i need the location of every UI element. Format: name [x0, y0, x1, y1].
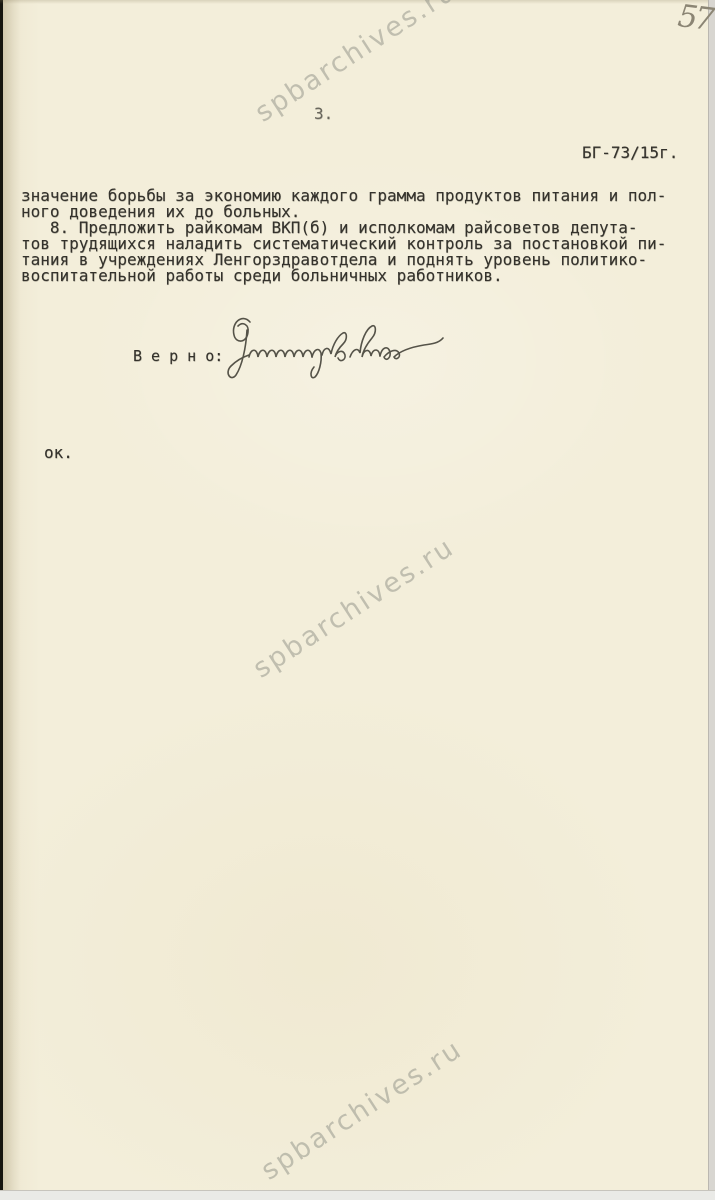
handwritten-sheet-number: 57 — [676, 0, 714, 38]
body-text: значение борьбы за экономию каждого грам… — [21, 188, 666, 284]
watermark-text: spbarchives.ru — [256, 1033, 469, 1186]
handwritten-signature — [210, 310, 450, 390]
scan-edge-top — [0, 0, 715, 4]
approval-note: ок. — [44, 443, 73, 462]
scan-edge-right — [708, 0, 715, 1200]
body-line: воспитательной работы среди больничных р… — [21, 268, 666, 284]
watermark-text: spbarchives.ru — [248, 531, 461, 684]
scanned-document-page: spbarchives.ru spbarchives.ru spbarchive… — [0, 0, 715, 1200]
paper-left-shadow — [3, 0, 21, 1200]
reference-code: БГ-73/15г. — [582, 143, 678, 162]
scan-edge-bottom — [0, 1190, 715, 1200]
page-number: 3. — [314, 104, 333, 123]
watermark-text: spbarchives.ru — [250, 0, 463, 129]
